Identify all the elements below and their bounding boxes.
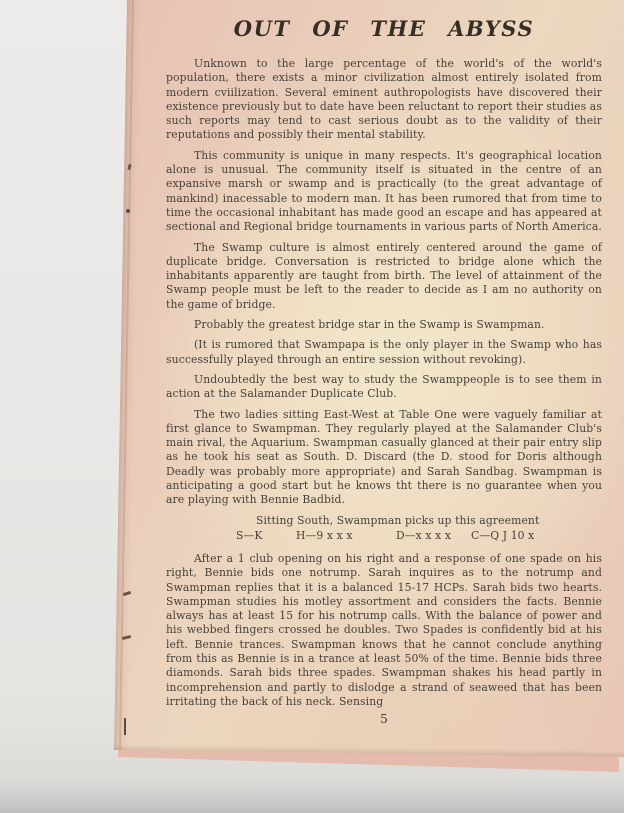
page-left-edge-shading: [114, 0, 141, 752]
deal-caption: Sitting South, Swampman picks up this ag…: [166, 514, 602, 528]
clubs-holding: C—Q J 10 x: [471, 529, 534, 543]
hearts-holding: H—9 x x x: [296, 529, 353, 543]
staple-mark: [124, 718, 126, 735]
staple-mark: [126, 209, 130, 213]
paragraph: The Swamp culture is almost entirely cen…: [166, 241, 602, 312]
paragraph: Probably the greatest bridge star in the…: [166, 318, 602, 332]
paragraph: This community is unique in many respect…: [166, 149, 602, 235]
page-content: OUT OF THE ABYSS Unknown to the large pe…: [166, 0, 602, 715]
photo-background: OUT OF THE ABYSS Unknown to the large pe…: [0, 0, 624, 813]
paragraph: Unknown to the large percentage of the w…: [166, 57, 602, 143]
paragraph: Undoubtedly the best way to study the Sw…: [166, 373, 602, 402]
paragraph: (It is rumored that Swampapa is the only…: [166, 338, 602, 367]
document-page: OUT OF THE ABYSS Unknown to the large pe…: [0, 0, 624, 813]
page-title: OUT OF THE ABYSS: [166, 16, 602, 42]
spades-holding: S—K: [236, 529, 263, 543]
paragraph: The two ladies sitting East-West at Tabl…: [166, 408, 602, 508]
diamonds-holding: D—x x x x: [396, 529, 451, 543]
page-number: 5: [166, 712, 602, 726]
deal-cards: S—K H—9 x x x D—x x x x C—Q J 10 x: [166, 529, 602, 544]
paragraph: After a 1 club opening on his right and …: [166, 552, 602, 709]
